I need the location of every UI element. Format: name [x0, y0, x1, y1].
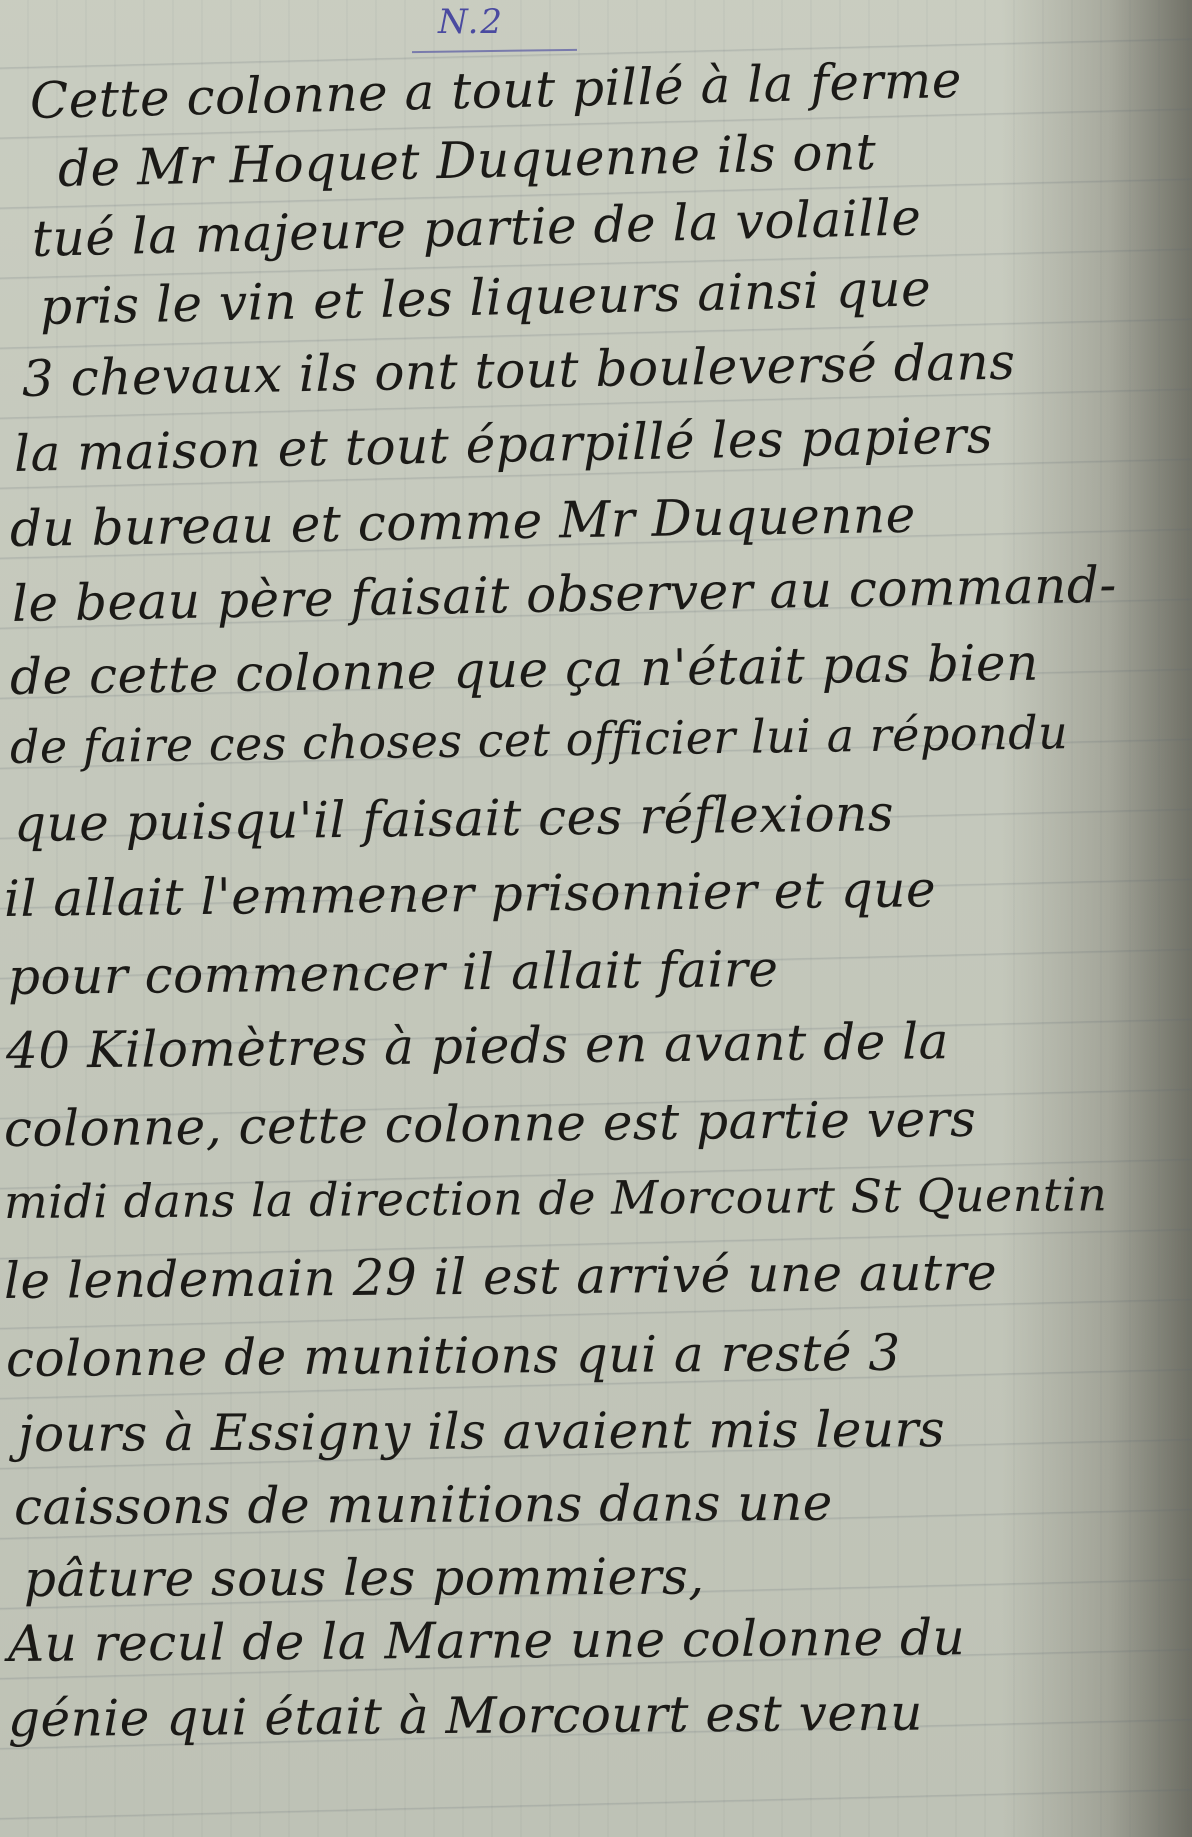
text-line-18: colonne de munitions qui a resté 3: [6, 1324, 901, 1388]
text-line-23: génie qui était à Morcourt est venu: [8, 1684, 923, 1748]
text-line-17: le lendemain 29 il est arrivé une autre: [4, 1243, 998, 1310]
text-line-11: que puisqu'il faisait ces réflexions: [14, 784, 895, 853]
page-number-underline: [412, 49, 577, 53]
text-line-12: il allait l'emmener prisonnier et que: [4, 860, 937, 928]
text-line-9: de cette colonne que ça n'était pas bien: [10, 634, 1040, 706]
text-line-13: pour commencer il allait faire: [8, 940, 779, 1006]
text-line-14: 40 Kilomètres à pieds en avant de la: [6, 1012, 950, 1080]
text-line-10: de faire ces choses cet officier lui a r…: [10, 705, 1069, 774]
text-line-21: pâture sous les pommiers,: [24, 1548, 705, 1608]
text-line-8: le beau père faisait observer au command…: [11, 556, 1117, 633]
text-line-4: pris le vin et les liqueurs ainsi que: [39, 259, 931, 336]
text-line-22: Au recul de la Marne une colonne du: [8, 1608, 966, 1673]
text-line-19: jours à Essigny ils avaient mis leurs: [18, 1400, 945, 1463]
manuscript-page: N.2 Cette colonne a tout pillé à la ferm…: [0, 0, 1192, 1837]
text-line-1: Cette colonne a tout pillé à la ferme: [29, 51, 962, 130]
text-line-20: caissons de munitions dans une: [14, 1474, 833, 1536]
page-number: N.2: [438, 2, 504, 42]
text-line-2: de Mr Hoquet Duquenne ils ont: [57, 123, 876, 198]
text-line-3: tué la majeure partie de la volaille: [31, 188, 922, 268]
text-line-5: 3 chevaux ils ont tout bouleversé dans: [21, 333, 1015, 408]
text-line-15: colonne, cette colonne est partie vers: [4, 1090, 977, 1158]
text-line-7: du bureau et comme Mr Duquenne: [10, 486, 917, 558]
text-line-16: midi dans la direction de Morcourt St Qu…: [4, 1167, 1108, 1229]
text-line-6: la maison et tout éparpillé les papiers: [13, 406, 993, 483]
